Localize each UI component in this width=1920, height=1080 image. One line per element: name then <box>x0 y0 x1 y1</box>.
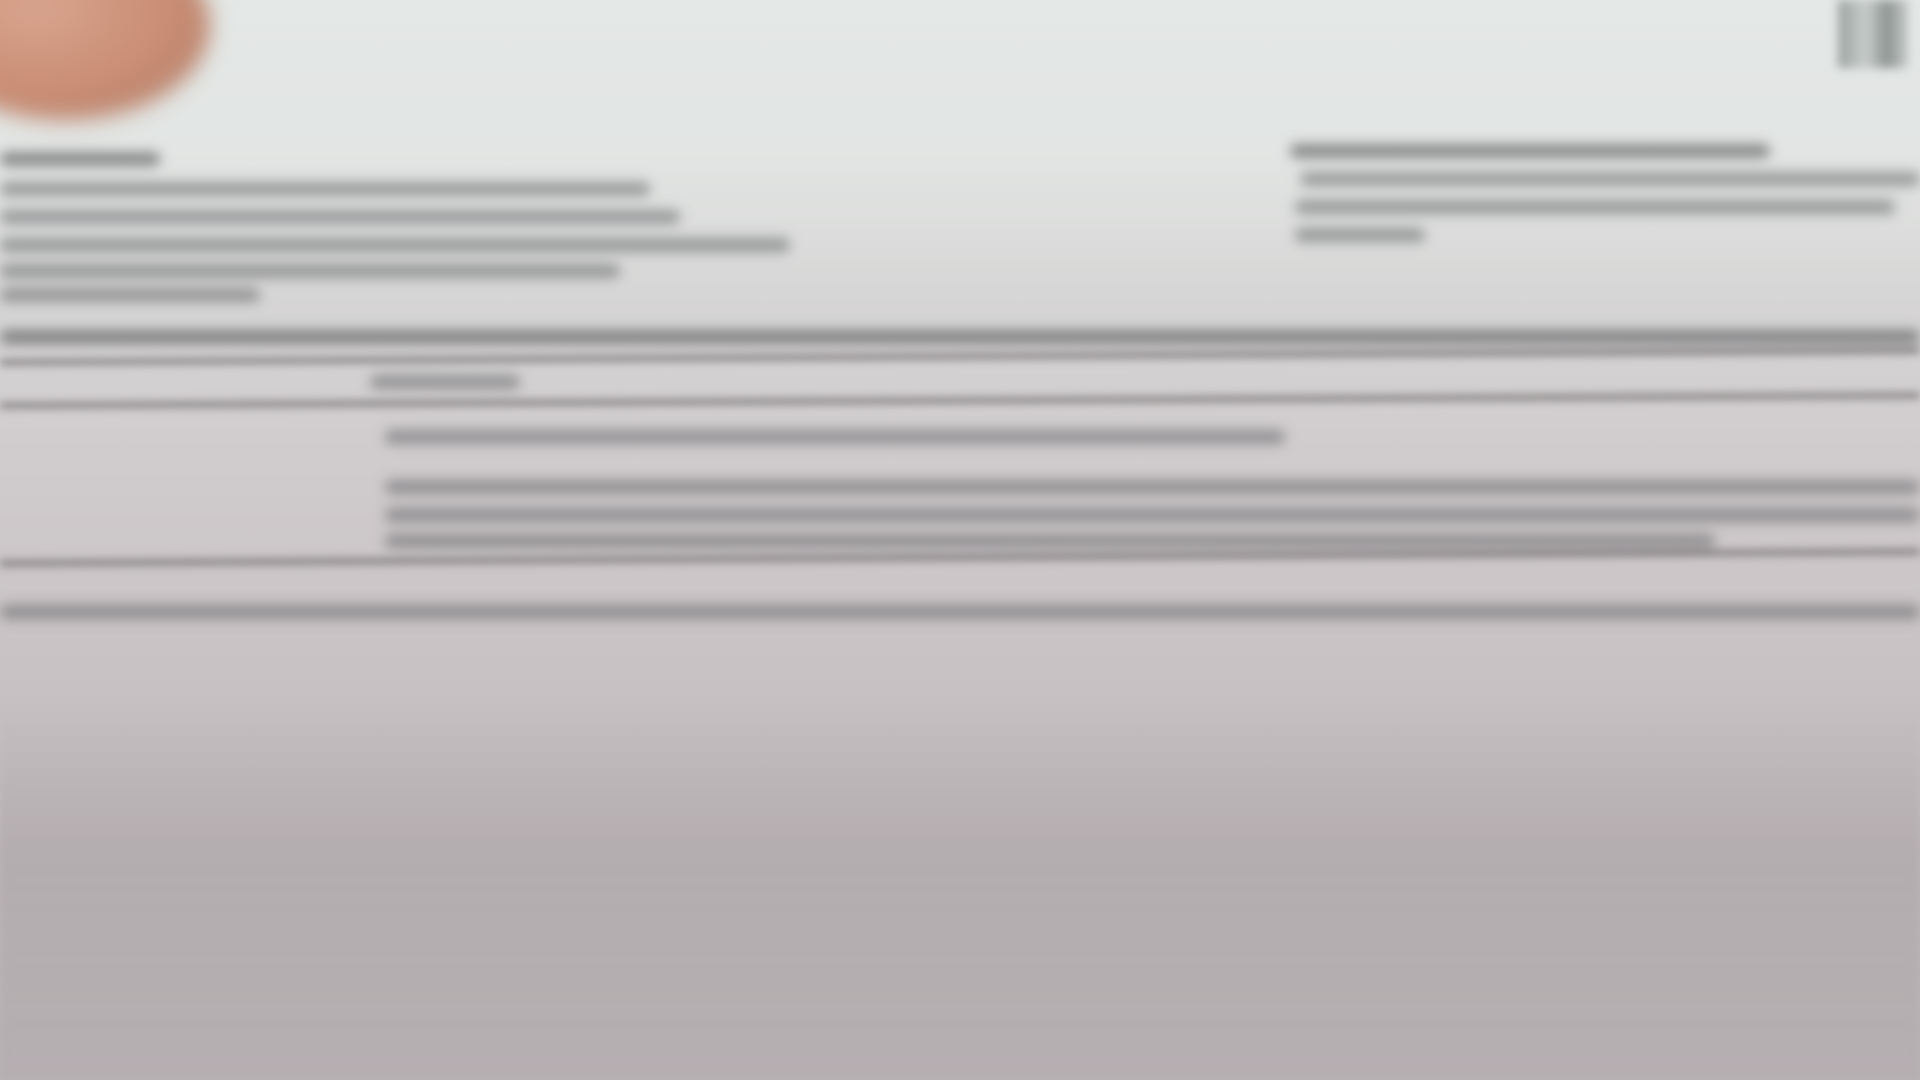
table-rule <box>0 393 1920 408</box>
text-line <box>0 152 160 166</box>
table-rule <box>0 549 1920 566</box>
text-line <box>370 375 520 389</box>
shadow <box>0 700 1920 1080</box>
text-line <box>1295 200 1895 214</box>
text-line <box>0 330 1920 344</box>
text-line <box>0 288 260 302</box>
text-line <box>1295 228 1425 242</box>
text-line <box>385 430 1285 444</box>
table-rule <box>0 348 1920 365</box>
text-line <box>0 238 790 252</box>
text-line <box>385 534 1715 548</box>
text-line <box>0 182 650 196</box>
binder-clip <box>1838 0 1908 68</box>
document-photo <box>0 0 1920 1080</box>
text-line <box>0 210 680 224</box>
text-line <box>0 605 1920 619</box>
text-line <box>1290 144 1770 158</box>
finger <box>0 0 210 120</box>
text-line <box>385 508 1920 522</box>
text-line <box>385 480 1920 494</box>
text-line <box>0 264 620 278</box>
text-line <box>1300 172 1920 186</box>
